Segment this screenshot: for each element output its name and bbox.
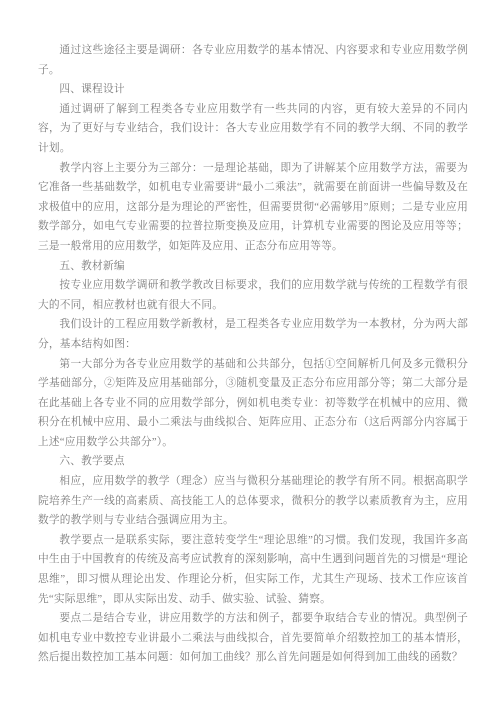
section-heading: 六、教学要点 bbox=[38, 452, 468, 472]
paragraph: 通过这些途径主要是调研：各专业应用数学的基本情况、内容要求和专业应用数学例子。 bbox=[38, 41, 468, 80]
paragraph: 要点二是结合专业，讲应用数学的方法和例子，都要争取结合专业的情况。典型例子如机电… bbox=[38, 609, 468, 668]
paragraph: 通过调研了解到工程类各专业应用数学有一些共同的内容，更有较大差异的不同内容，为了… bbox=[38, 100, 468, 159]
paragraph: 第一大部分为各专业应用数学的基础和公共部分，包括①空间解析几何及多元微积分学基础… bbox=[38, 355, 468, 453]
section-heading: 四、课程设计 bbox=[38, 80, 468, 100]
paragraph: 教学内容上主要分为三部分：一是理论基础，即为了讲解某个应用数学方法，需要为它准备… bbox=[38, 159, 468, 257]
paragraph: 按专业应用数学调研和教学教改目标要求，我们的应用数学就与传统的工程数学有很大的不… bbox=[38, 276, 468, 315]
section-heading: 五、教材新编 bbox=[38, 257, 468, 277]
paragraph: 相应，应用数学的教学（理念）应当与微积分基础理论的教学有所不同。根据高职学院培养… bbox=[38, 472, 468, 531]
paragraph: 我们设计的工程应用数学新教材，是工程类各专业应用数学为一本教材，分为两大部分，基… bbox=[38, 315, 468, 354]
paragraph: 教学要点一是联系实际，要注意转变学生“理论思维”的习惯。我们发现，我国许多高中生… bbox=[38, 531, 468, 609]
document-page: 通过这些途径主要是调研：各专业应用数学的基本情况、内容要求和专业应用数学例子。 … bbox=[0, 0, 500, 707]
